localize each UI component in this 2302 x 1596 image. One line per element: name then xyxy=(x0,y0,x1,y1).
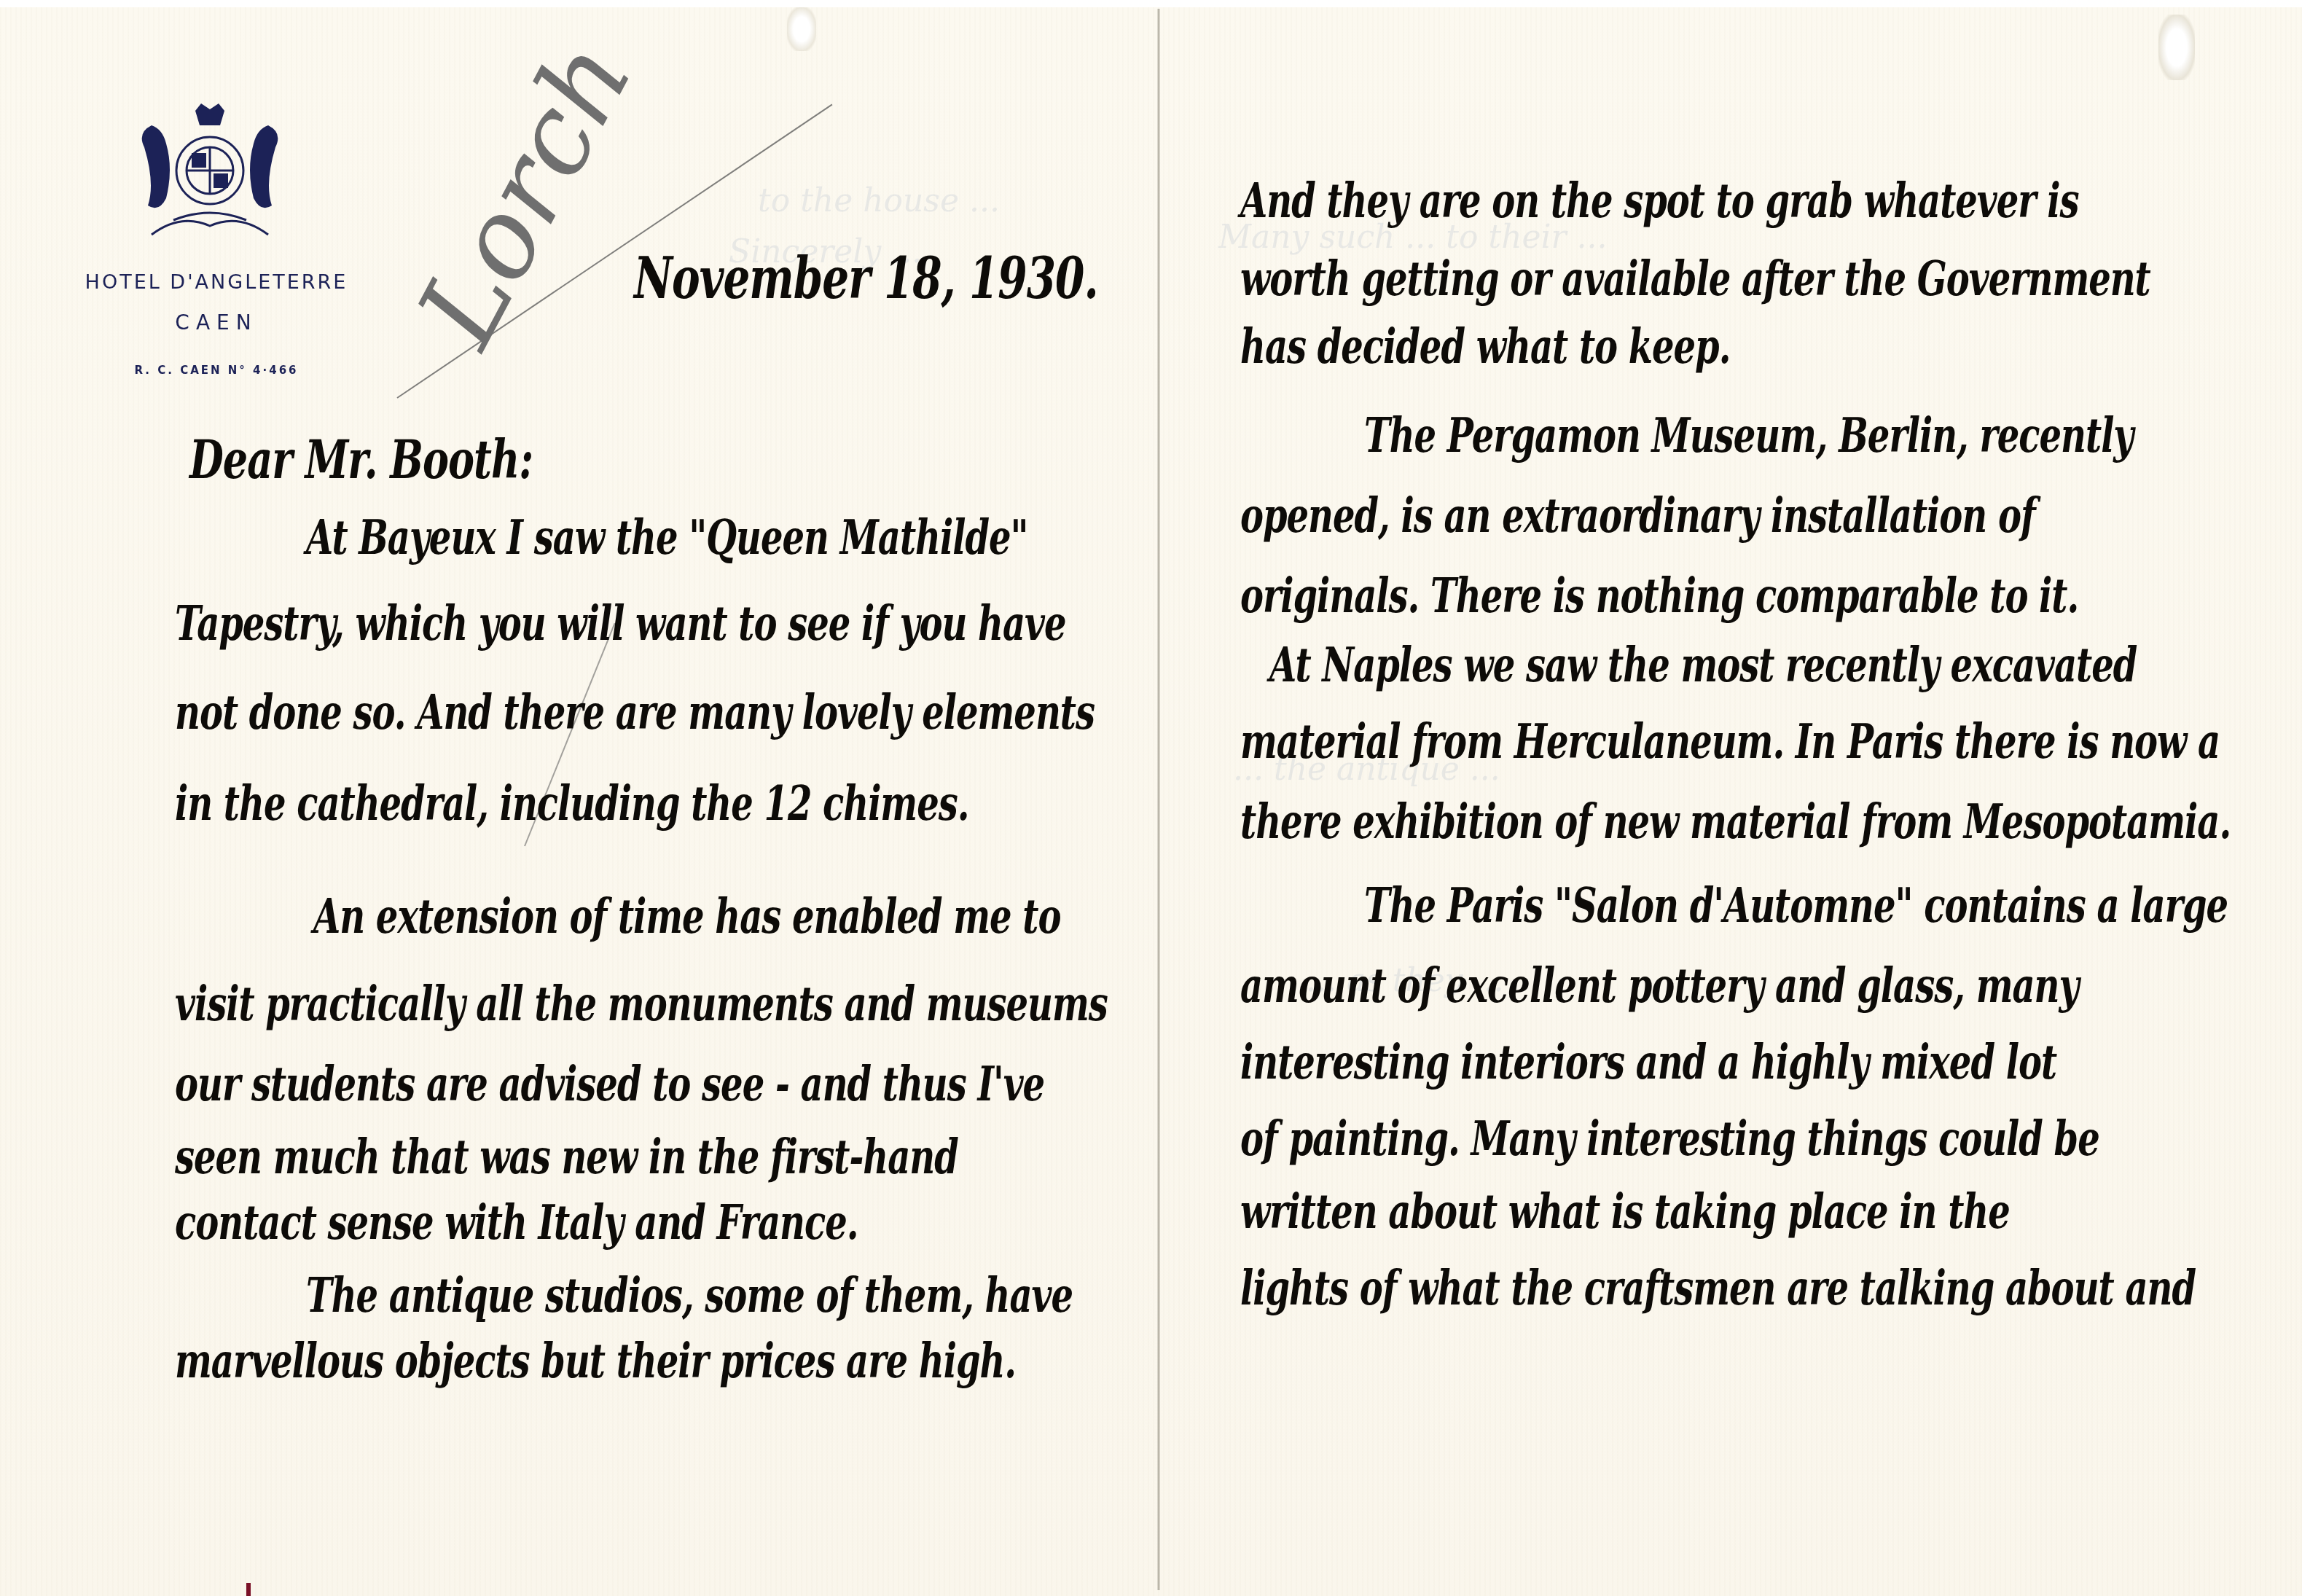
letter-line: The Paris "Salon d'Automne" contains a l… xyxy=(1364,878,2228,934)
letter-line: At Naples we saw the most recently excav… xyxy=(1269,638,2137,693)
letter-line: of painting. Many interesting things cou… xyxy=(1240,1111,2099,1167)
letter-line: At Bayeux I saw the "Queen Mathilde" xyxy=(306,510,1028,566)
hotel-registration: R. C. CAEN N° 4·466 xyxy=(60,364,373,377)
red-tab-mark xyxy=(246,1583,251,1596)
letter-salutation: Dear Mr. Booth: xyxy=(189,429,533,491)
letter-line: there exhibition of new material from Me… xyxy=(1240,794,2231,850)
letter-line: marvellous objects but their prices are … xyxy=(175,1334,1016,1389)
letter-sheet: to the house ... Sincerely ... HOTEL D'A… xyxy=(0,0,2302,1596)
letter-line: has decided what to keep. xyxy=(1240,319,1730,375)
royal-coat-of-arms-icon xyxy=(122,103,297,242)
letter-line: amount of excellent pottery and glass, m… xyxy=(1240,958,2078,1014)
letter-line: in the cathedral, including the 12 chime… xyxy=(175,776,968,832)
left-page: to the house ... Sincerely ... HOTEL D'A… xyxy=(0,0,1157,1596)
letter-line: An extension of time has enabled me to xyxy=(313,889,1060,944)
letter-line: material from Herculaneum. In Paris ther… xyxy=(1240,714,2220,770)
letter-line: seen much that was new in the first-hand xyxy=(175,1130,958,1185)
letter-line: originals. There is nothing comparable t… xyxy=(1240,568,2078,624)
letter-line: lights of what the craftsmen are talking… xyxy=(1240,1261,2196,1316)
letter-line: written about what is taking place in th… xyxy=(1240,1184,2010,1240)
letter-line: The antique studios, some of them, have xyxy=(306,1268,1073,1323)
letter-line: opened, is an extraordinary installation… xyxy=(1240,488,2035,544)
hotel-city: CAEN xyxy=(60,310,373,335)
letter-line: visit practically all the monuments and … xyxy=(175,977,1108,1032)
letter-line: not done so. And there are many lovely e… xyxy=(175,685,1095,740)
paper-emboss xyxy=(2158,15,2195,80)
letter-line: The Pergamon Museum, Berlin, recently xyxy=(1364,408,2133,463)
letter-line: worth getting or available after the Gov… xyxy=(1240,251,2150,307)
paper-emboss xyxy=(787,7,816,51)
pencil-annotation: Lorch xyxy=(394,22,657,366)
bleed-through-text: to the house ... xyxy=(758,182,1000,219)
hotel-name: HOTEL D'ANGLETERRE xyxy=(60,271,373,294)
letter-line: Tapestry, which you will want to see if … xyxy=(175,596,1066,652)
letter-line: interesting interiors and a highly mixed… xyxy=(1240,1035,2056,1090)
letter-line: our students are advised to see - and th… xyxy=(175,1057,1044,1112)
right-page: Many such ... to their ... ... the antiq… xyxy=(1160,0,2302,1596)
letter-line: contact sense with Italy and France. xyxy=(175,1195,858,1251)
letter-line: And they are on the spot to grab whateve… xyxy=(1240,173,2079,229)
letter-date: November 18, 1930. xyxy=(634,245,1098,312)
